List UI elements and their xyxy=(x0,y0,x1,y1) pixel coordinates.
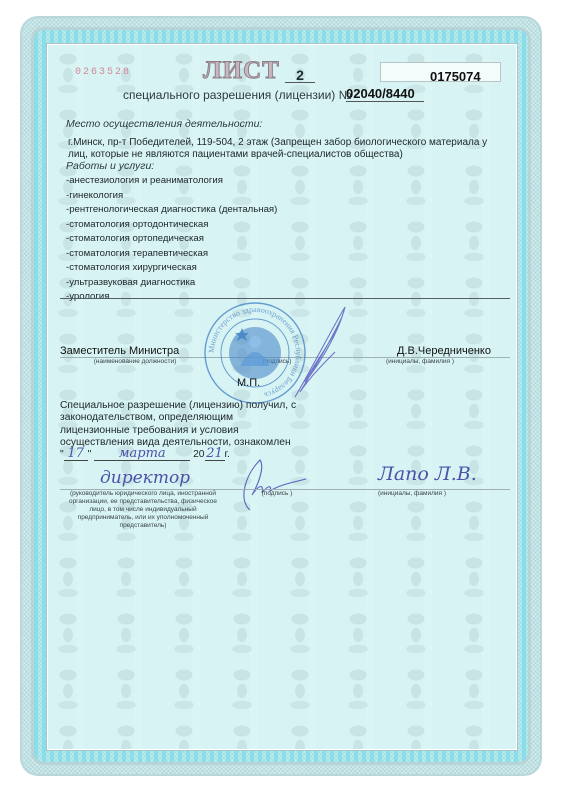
sheet-number: 2 xyxy=(285,68,315,83)
list-item: -стоматология терапевтическая xyxy=(66,247,277,262)
services-list: -анестезиология и реаниматология -гинеко… xyxy=(66,174,277,305)
position-caption: (наименование должности) xyxy=(60,358,210,365)
date-close-quote: " xyxy=(88,449,92,460)
blank-number: 0175074 xyxy=(430,69,481,84)
document-subtitle: специального разрешения (лицензии) № xyxy=(123,88,351,102)
date-day: 17 xyxy=(64,448,88,461)
issuer-name: Д.В.Чередниченко xyxy=(397,345,491,357)
list-item: -рентгенологическая диагностика (денталь… xyxy=(66,203,277,218)
serial-number: 0263528 xyxy=(75,67,131,78)
works-label: Работы и услуги: xyxy=(66,160,154,172)
recipient-signature-icon xyxy=(230,455,310,515)
list-item: -гинекология xyxy=(66,189,277,204)
date-month: марта xyxy=(94,448,190,461)
stamp-label: М.П. xyxy=(237,377,260,389)
list-item: -стоматология хирургическая xyxy=(66,261,277,276)
recipient-signature-caption: (подпись ) xyxy=(247,490,307,497)
date-row: "17" марта 2021г. xyxy=(60,448,230,461)
list-item: -стоматология ортодонтическая xyxy=(66,218,277,233)
place-label: Место осуществления деятельности: xyxy=(66,118,262,130)
handwritten-position: директор xyxy=(100,468,190,488)
list-item: -анестезиология и реаниматология xyxy=(66,174,277,189)
place-address: г.Минск, пр-т Победителей, 119-504, 2 эт… xyxy=(68,137,508,161)
page-title: ЛИСТ xyxy=(203,57,280,85)
date-year-prefix: 20 xyxy=(193,449,204,460)
recipient-name-caption: (инициалы, фамилия ) xyxy=(362,490,462,497)
acknowledgement-text: Специальное разрешение (лицензию) получи… xyxy=(60,400,300,449)
name-caption: (инициалы, фамилия ) xyxy=(370,358,470,365)
issuer-position: Заместитель Министра xyxy=(60,345,179,357)
license-number: 02040/8440 xyxy=(346,86,424,102)
minister-signature-icon xyxy=(290,302,350,402)
list-item: -стоматология ортопедическая xyxy=(66,232,277,247)
date-year-suffix: 21 xyxy=(205,448,225,461)
head-caption: (руководитель юридического лица, иностра… xyxy=(68,490,218,530)
list-item: -ультразвуковая диагностика xyxy=(66,276,277,291)
handwritten-initials: Лапо Л.В. xyxy=(378,463,477,485)
